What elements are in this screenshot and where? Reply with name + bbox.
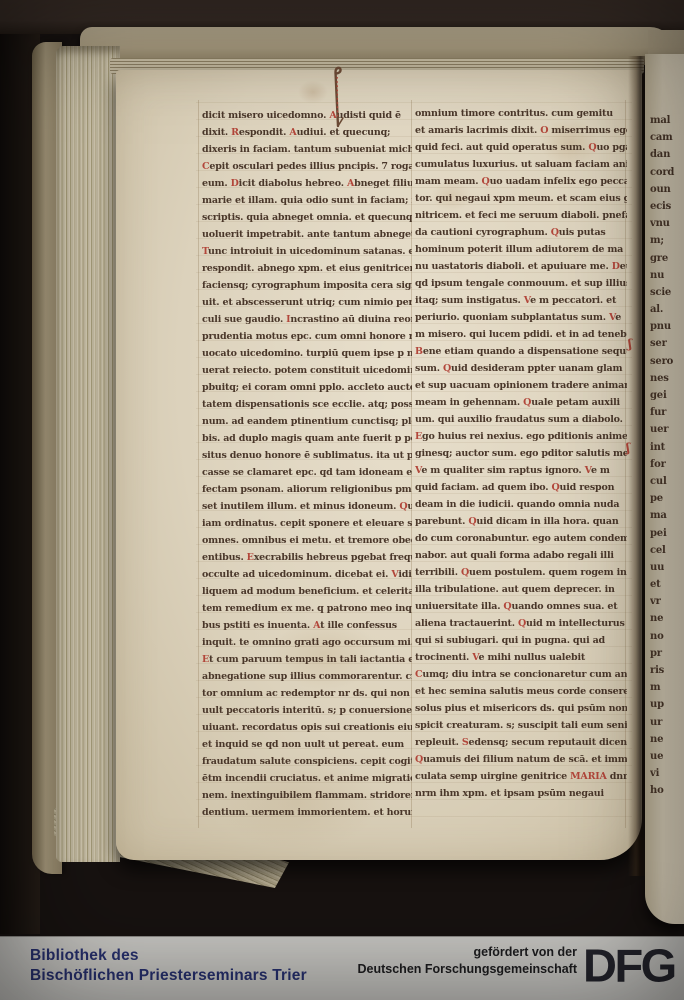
digitization-photo: dicit misero uicedomno. Audisti quid ēdi… <box>0 0 684 1000</box>
manuscript-line: ue <box>650 748 682 765</box>
manuscript-line: parebunt. Quid dicam in illa hora. quan <box>415 513 627 530</box>
manuscript-line: et amaris lacrimis dixit. O miserrimus e… <box>415 122 627 139</box>
manuscript-line: dixeris in faciam. tantum subueniat mich… <box>202 141 412 158</box>
manuscript-line: uocato uicedomino. turpiū quem ipse p mo <box>202 345 412 362</box>
manuscript-line: ser <box>650 335 682 352</box>
manuscript-line: ho <box>650 782 682 799</box>
manuscript-line: illa tribulatione. aut quem deprecer. in <box>415 581 627 598</box>
manuscript-line: qd ipsum tengale conmouum. et sup illius <box>415 275 627 292</box>
manuscript-line: mal <box>650 112 682 129</box>
manuscript-line: nitricem. et feci me seruum diaboli. pne… <box>415 207 627 224</box>
manuscript-line: do cum coronabuntur. ego autem condempn <box>415 530 627 547</box>
manuscript-line: inquit. te omnino grati ago occursum mi. <box>202 634 412 651</box>
facing-page-text: malcamdancordounecisvnum;grenuscieal.pnu… <box>650 112 682 802</box>
manuscript-line: uerat reiecto. potem constituit uicedomi… <box>202 362 412 379</box>
manuscript-line: ris <box>650 662 682 679</box>
manuscript-line: Ego huius rei nexius. ego pditionis anim… <box>415 428 627 445</box>
manuscript-line: cord <box>650 164 682 181</box>
manuscript-line: dentium. uermem immorientem. et horum <box>202 804 412 821</box>
manuscript-line: cel <box>650 542 682 559</box>
manuscript-line: trocinenti. Ve mihi nullus ualebit <box>415 649 627 666</box>
manuscript-line: uer <box>650 421 682 438</box>
manuscript-line: ma <box>650 507 682 524</box>
manuscript-line: respondit. abnego xpm. et eius genitrice… <box>202 260 412 277</box>
manuscript-line: nes <box>650 370 682 387</box>
manuscript-line: da cautioni cyrographum. Quis putas <box>415 224 627 241</box>
manuscript-line: dixit. Respondit. Audiui. et quecunq; <box>202 124 412 141</box>
manuscript-line: et sup uacuam opinionem tradere animam <box>415 377 627 394</box>
manuscript-line: ne <box>650 731 682 748</box>
manuscript-line: uoluerit impetrabit. ante tantum abneget… <box>202 226 412 243</box>
funding-credit-line1: gefördert von der <box>358 944 578 961</box>
manuscript-line: dan <box>650 146 682 163</box>
manuscript-line: quid faciam. ad quem ibo. Quid respon <box>415 479 627 496</box>
manuscript-line: cam <box>650 129 682 146</box>
footer-bar: Bibliothek des Bischöflichen Priestersem… <box>0 936 684 1000</box>
manuscript-line: vr <box>650 593 682 610</box>
manuscript-line: pr <box>650 645 682 662</box>
manuscript-line: mam meam. Quo uadam infelix ego pecca <box>415 173 627 190</box>
manuscript-line: vnu <box>650 215 682 232</box>
manuscript-line: Ve m qualiter sim raptus ignoro. Ve m <box>415 462 627 479</box>
manuscript-line: itaq; sum instigatus. Ve m peccatori. et <box>415 292 627 309</box>
manuscript-line: num. ad eandem ptinentium cunctisq; ple <box>202 413 412 430</box>
manuscript-line: ginesq; auctor sum. ego pditor salutis m… <box>415 445 627 462</box>
manuscript-line: uniuersitate illa. Quando omnes sua. et <box>415 598 627 615</box>
manuscript-line: nem. inextinguibilem flammam. stridorem <box>202 787 412 804</box>
manuscript-line: omnes. omnibus ei metu. et tremore obedi <box>202 532 412 549</box>
manuscript-line: culata semp uirgine genitrice MARIA dnm <box>415 768 627 785</box>
manuscript-line: gre <box>650 250 682 267</box>
manuscript-line: gei <box>650 387 682 404</box>
manuscript-line: ētm incendii cruciatus. et anime migrati… <box>202 770 412 787</box>
manuscript-line: situs denuo honore ē sublimatus. ita ut … <box>202 447 412 464</box>
manuscript-line: omnium timore contritus. cum gemitu <box>415 105 627 122</box>
manuscript-line: et hec semina salutis meus corde consere… <box>415 683 627 700</box>
manuscript-line: m misero. qui lucem pdidi. et in ad tene… <box>415 326 627 343</box>
manuscript-line: casse se clamaret epc. qd tam idoneam et… <box>202 464 412 481</box>
manuscript-line: prudentia motus epc. cum omni honore re <box>202 328 412 345</box>
manuscript-line: uult peccatoris interitū. s; p conuersio… <box>202 702 412 719</box>
ruling-line-vertical <box>198 100 199 828</box>
manuscript-line: dicit misero uicedomno. Audisti quid ē <box>202 107 412 124</box>
manuscript-line: spicit creaturam. s; suscipit tali eum s… <box>415 717 627 734</box>
manuscript-line: ur <box>650 714 682 731</box>
manuscript-line: pbuitq; ei coram omni pplo. accleto auct… <box>202 379 412 396</box>
manuscript-line: tor. qui negaui xpm meum. et scam eius g… <box>415 190 627 207</box>
manuscript-line: terribili. Quem postulem. quem rogem in <box>415 564 627 581</box>
library-credit-line1: Bibliothek des <box>30 946 307 966</box>
manuscript-line: qui si subiugari. qui in pugna. qui ad <box>415 632 627 649</box>
manuscript-line: meam in gehennam. Quale petam auxili <box>415 394 627 411</box>
manuscript-line: ne <box>650 610 682 627</box>
manuscript-line: uiuant. recordatus opis sui creationis e… <box>202 719 412 736</box>
manuscript-line: scriptis. quia abneget omnia. et quecunq… <box>202 209 412 226</box>
manuscript-line: fur <box>650 404 682 421</box>
manuscript-line: solus pius et misericors ds. qui psūm no… <box>415 700 627 717</box>
manuscript-line: pe <box>650 490 682 507</box>
funding-credit: gefördert von der Deutschen Forschungsge… <box>358 944 578 978</box>
manuscript-line: nabor. aut quali forma adabo regali illi <box>415 547 627 564</box>
manuscript-line: scie <box>650 284 682 301</box>
manuscript-line: pnu <box>650 318 682 335</box>
manuscript-line: sero <box>650 353 682 370</box>
manuscript-line: cumulatus luxurius. ut saluam faciam ani <box>415 156 627 173</box>
manuscript-line: et inquid se qd non uult ut pereat. eum <box>202 736 412 753</box>
manuscript-line: int <box>650 439 682 456</box>
manuscript-line: sum. Quid desideram ppter uanam glam <box>415 360 627 377</box>
manuscript-line: uit. et abscesserunt utriq; cum nimio pe… <box>202 294 412 311</box>
manuscript-line: um. qui auxilio fraudatus sum a diabolo. <box>415 411 627 428</box>
manuscript-line: et <box>650 576 682 593</box>
text-column-right: omnium timore contritus. cum gemituet am… <box>415 105 627 803</box>
manuscript-line: marie et illam. quia odio sunt in faciam… <box>202 192 412 209</box>
manuscript-line: Cumq; diu intra se concionaretur cum ani… <box>415 666 627 683</box>
manuscript-line: pei <box>650 525 682 542</box>
dfg-logo: DFG <box>583 935 675 998</box>
manuscript-line: tem remedium ex me. q patrono meo inqui <box>202 600 412 617</box>
manuscript-line: liquem ad modum beneficium. et celerita <box>202 583 412 600</box>
manuscript-line: entibus. Execrabilis hebreus pgebat freq… <box>202 549 412 566</box>
manuscript-line: periurio. quoniam subplantatus sum. Ve <box>415 309 627 326</box>
manuscript-line: quid feci. aut quid operatus sum. Quo pg… <box>415 139 627 156</box>
manuscript-line: nrm ihm xpm. et ipsam psūm negaui <box>415 785 627 802</box>
manuscript-line: deam in die iudicii. quando omnia nuda <box>415 496 627 513</box>
manuscript-line: cul <box>650 473 682 490</box>
manuscript-line: for <box>650 456 682 473</box>
manuscript-line: up <box>650 696 682 713</box>
manuscript-line: occulte ad uicedominum. dicebat ei. Vidi… <box>202 566 412 583</box>
manuscript-line: m <box>650 679 682 696</box>
library-credit-line2: Bischöflichen Priesterseminars Trier <box>30 966 307 986</box>
manuscript-line: faciensq; cyrographum imposita cera sign… <box>202 277 412 294</box>
manuscript-line: Cepit osculari pedes illius pncipis. 7 r… <box>202 158 412 175</box>
manuscript-line: nu uastatoris diaboli. et apuiuare me. D… <box>415 258 627 275</box>
manuscript-line: oun <box>650 181 682 198</box>
manuscript-line: m; <box>650 232 682 249</box>
manuscript-line: eum. Dicit diabolus hebreo. Abneget fili… <box>202 175 412 192</box>
decorated-initial <box>327 64 349 128</box>
manuscript-line: bis. ad duplo magis quam ante fuerit p p… <box>202 430 412 447</box>
manuscript-line: iam ordinatus. cepit sponere et eleuare … <box>202 515 412 532</box>
manuscript-line: culi sue gaudio. Incrastino aū diuina re… <box>202 311 412 328</box>
manuscript-line: tor omnium ac redemptor nr ds. qui non <box>202 685 412 702</box>
manuscript-line: ecis <box>650 198 682 215</box>
manuscript-line: repleuit. Sedensq; secum reputauit dicen… <box>415 734 627 751</box>
manuscript-line: set inutilem illum. et minus idoneum. Qu… <box>202 498 412 515</box>
manuscript-line: bus pstiti es inuenta. At ille confessus <box>202 617 412 634</box>
manuscript-line: al. <box>650 301 682 318</box>
manuscript-line: abnegatione sup illius commorarentur. cr… <box>202 668 412 685</box>
text-column-left: dicit misero uicedomno. Audisti quid ēdi… <box>202 107 412 823</box>
manuscript-line: vi <box>650 765 682 782</box>
manuscript-line: nu <box>650 267 682 284</box>
page-stack-fore-edge <box>56 46 120 862</box>
manuscript-line: fectam psonam. aliorum religionibus pmou… <box>202 481 412 498</box>
manuscript-line: tatem dispensationis sce ecclie. atq; po… <box>202 396 412 413</box>
library-credit: Bibliothek des Bischöflichen Priestersem… <box>30 946 307 985</box>
manuscript-line: no <box>650 628 682 645</box>
manuscript-line: Quamuis dei filium natum de scā. et imma <box>415 751 627 768</box>
manuscript-line: uu <box>650 559 682 576</box>
manuscript-line: Tunc introiuit in uicedominum satanas. e… <box>202 243 412 260</box>
manuscript-line: hominum poterit illum adiutorem de ma <box>415 241 627 258</box>
manuscript-line: aliena tractauerint. Quid m intellecturu… <box>415 615 627 632</box>
manuscript-line: fraudatum salute conspiciens. cepit cogi… <box>202 753 412 770</box>
manuscript-line: Et cum paruum tempus in tali iactantia e… <box>202 651 412 668</box>
funding-credit-line2: Deutschen Forschungsgemeinschaft <box>358 961 578 978</box>
manuscript-line: Bene etiam quando a dispensatione sequtu… <box>415 343 627 360</box>
